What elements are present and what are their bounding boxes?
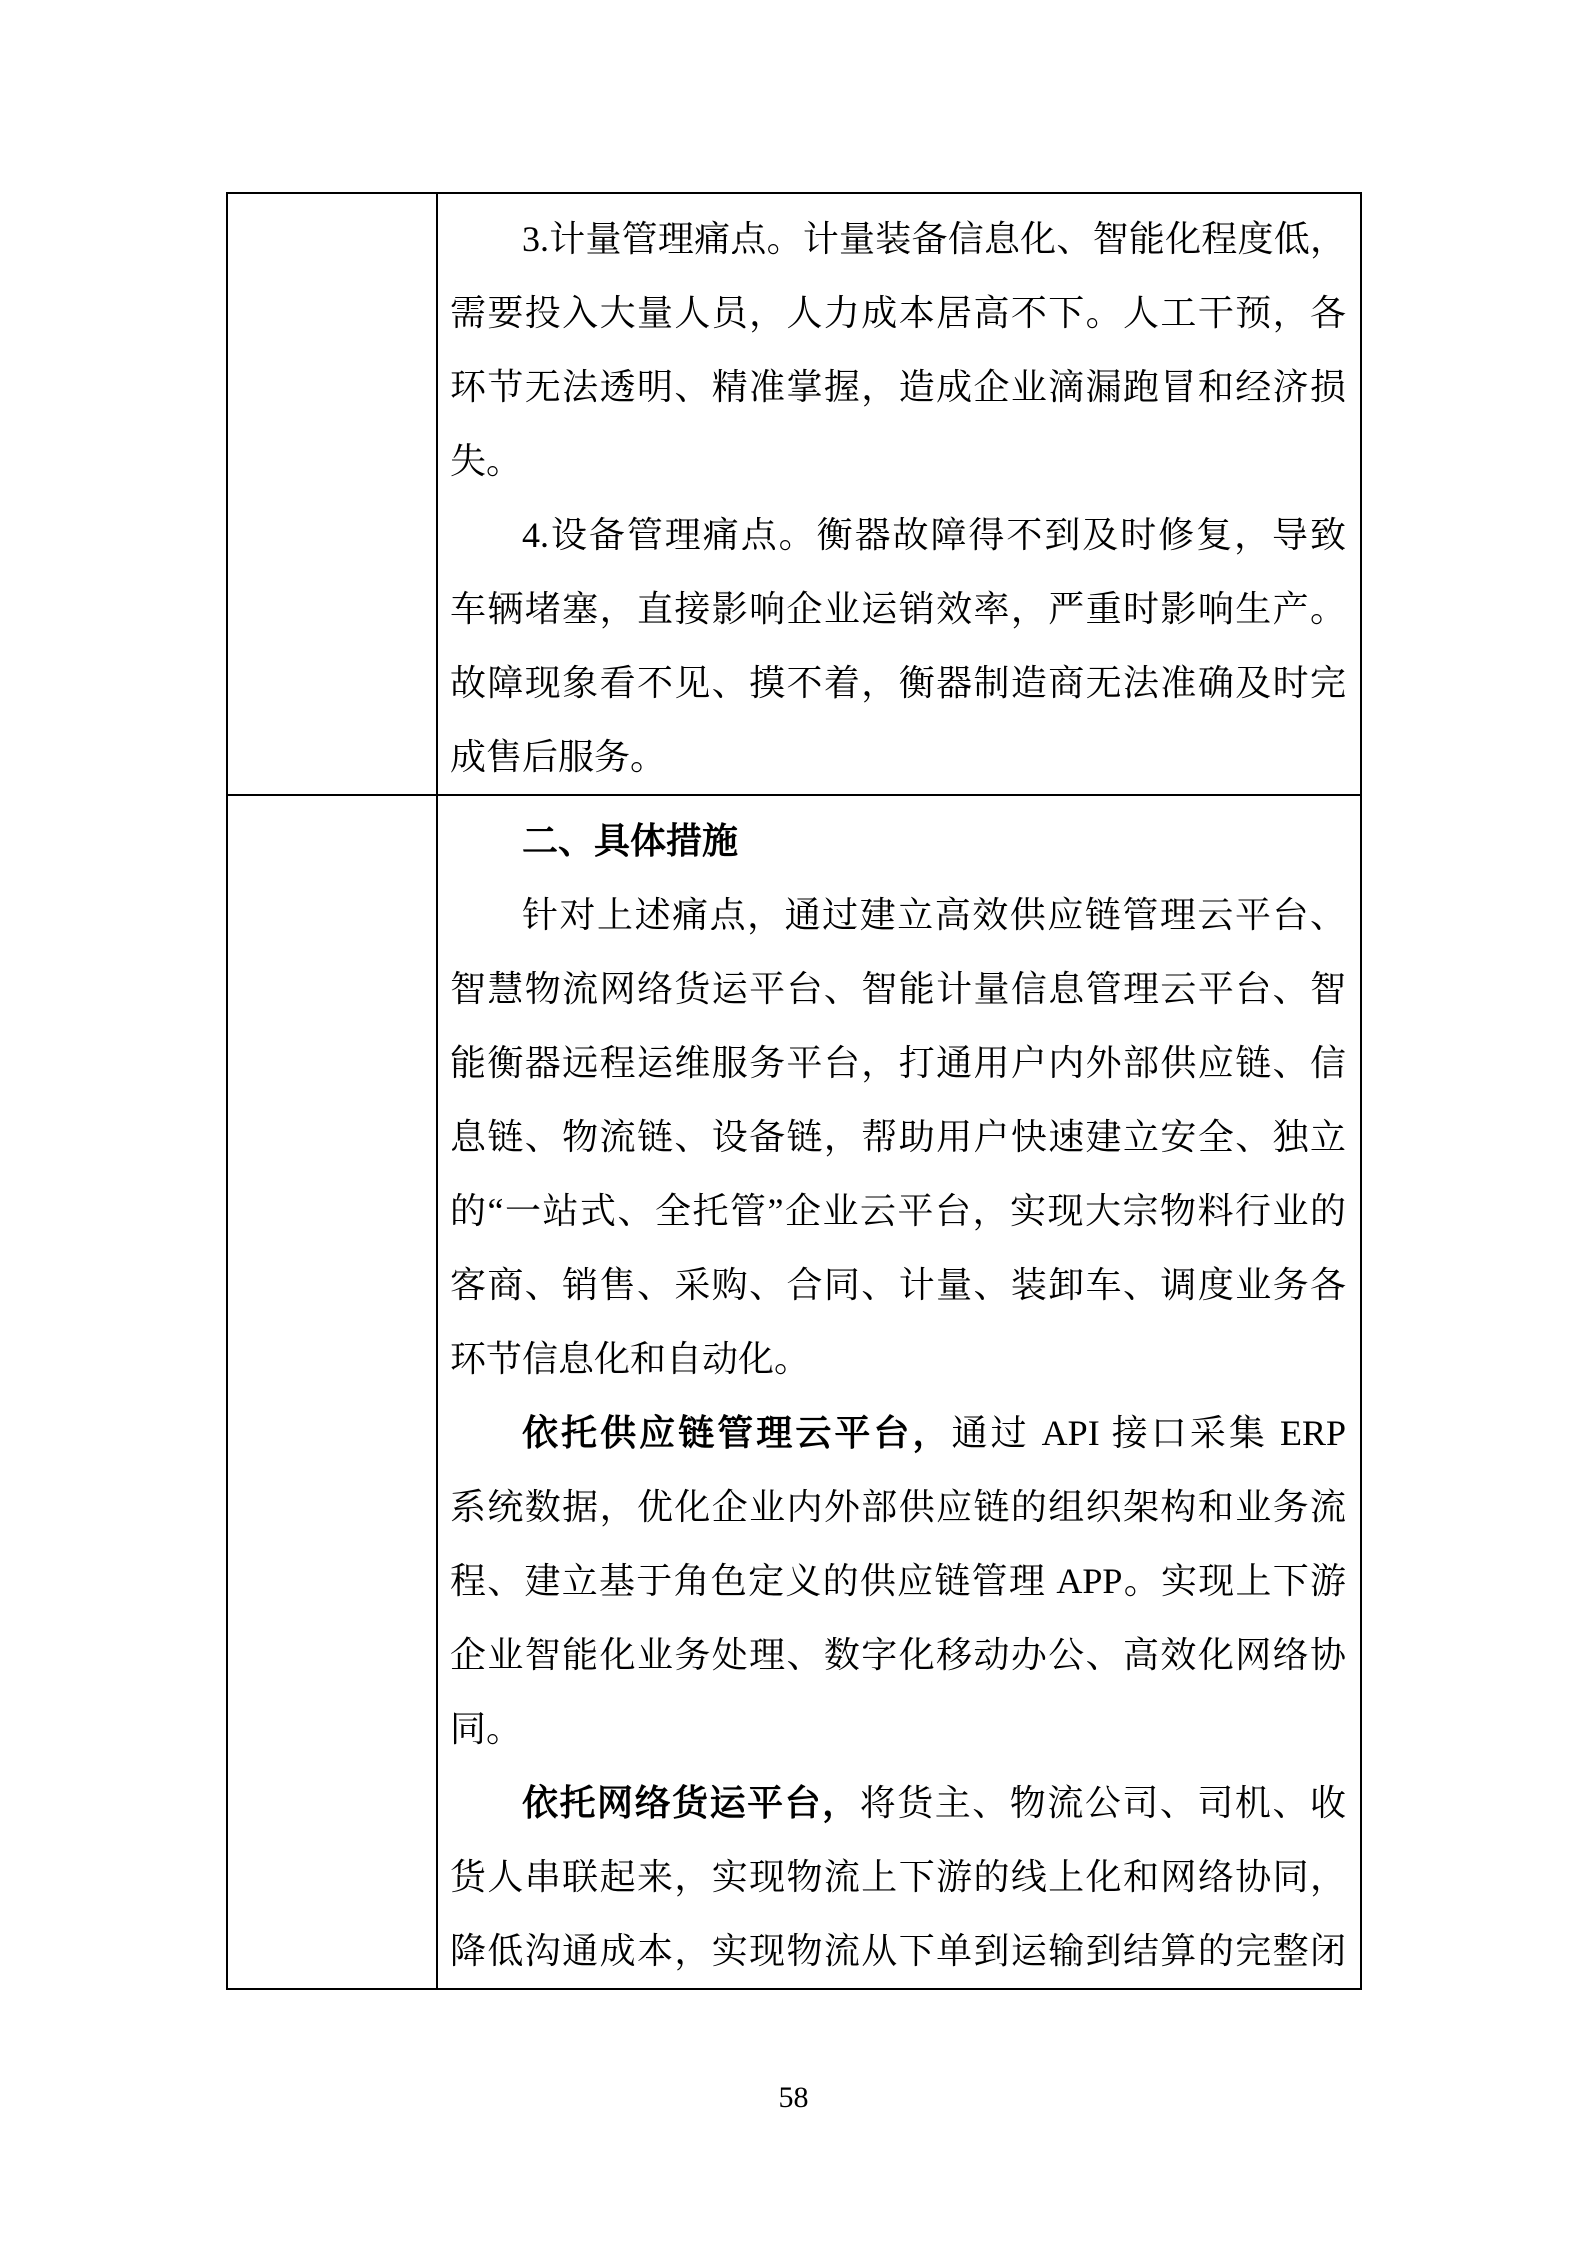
text-line: 二、具体措施: [450, 804, 1346, 878]
table-row: 3.计量管理痛点。计量装备信息化、智能化程度低，需要投入大量人员，人力成本居高不…: [227, 193, 1361, 795]
text-line: 故障现象看不见、摸不着，衡器制造商无法准确及时完: [450, 646, 1346, 720]
paragraph-freight-platform: 依托网络货运平台，将货主、物流公司、司机、收货人串联起来，实现物流上下游的线上化…: [450, 1766, 1346, 1988]
text-line: 的“一站式、全托管”企业云平台，实现大宗物料行业的: [450, 1174, 1346, 1248]
text-segment: 企业智能化业务处理、数字化移动办公、高效化网络协: [450, 1635, 1346, 1675]
text-segment: 同。: [450, 1709, 522, 1749]
content-cell-row2: 二、具体措施 针对上述痛点，通过建立高效供应链管理云平台、智慧物流网络货运平台、…: [437, 795, 1361, 1989]
text-segment: 车辆堵塞，直接影响企业运销效率，严重时影响生产。: [450, 589, 1346, 629]
cell-text-block: 3.计量管理痛点。计量装备信息化、智能化程度低，需要投入大量人员，人力成本居高不…: [438, 194, 1360, 794]
document-table: 3.计量管理痛点。计量装备信息化、智能化程度低，需要投入大量人员，人力成本居高不…: [226, 192, 1362, 1990]
text-segment: 程、建立基于角色定义的供应链管理 APP。实现上下游: [450, 1561, 1346, 1601]
text-segment: 将货主、物流公司、司机、收: [860, 1783, 1346, 1823]
cell-text-block: 二、具体措施 针对上述痛点，通过建立高效供应链管理云平台、智慧物流网络货运平台、…: [438, 796, 1360, 1988]
text-line: 同。: [450, 1692, 1346, 1766]
text-line: 车辆堵塞，直接影响企业运销效率，严重时影响生产。: [450, 572, 1346, 646]
text-segment: 针对上述痛点，通过建立高效供应链管理云平台、: [522, 895, 1346, 935]
text-line: 依托供应链管理云平台，通过 API 接口采集 ERP: [450, 1396, 1346, 1470]
text-line: 息链、物流链、设备链，帮助用户快速建立安全、独立: [450, 1100, 1346, 1174]
text-segment: 息链、物流链、设备链，帮助用户快速建立安全、独立: [450, 1117, 1346, 1157]
text-segment: 失。: [450, 441, 522, 481]
text-segment: 能衡器远程运维服务平台，打通用户内外部供应链、信: [450, 1043, 1346, 1083]
text-segment: 成售后服务。: [450, 737, 666, 777]
table-row: 二、具体措施 针对上述痛点，通过建立高效供应链管理云平台、智慧物流网络货运平台、…: [227, 795, 1361, 1989]
text-segment: 客商、销售、采购、合同、计量、装卸车、调度业务各: [450, 1265, 1346, 1305]
text-line: 环节信息化和自动化。: [450, 1322, 1346, 1396]
text-line: 依托网络货运平台，将货主、物流公司、司机、收: [450, 1766, 1346, 1840]
content-cell-row1: 3.计量管理痛点。计量装备信息化、智能化程度低，需要投入大量人员，人力成本居高不…: [437, 193, 1361, 795]
bold-text-segment: 二、具体措施: [522, 821, 738, 861]
text-segment: 的“一站式、全托管”企业云平台，实现大宗物料行业的: [450, 1191, 1346, 1231]
text-segment: 系统数据，优化企业内外部供应链的组织架构和业务流: [450, 1487, 1346, 1527]
document-page: { "page": { "number": "58", "background"…: [0, 0, 1587, 2245]
text-segment: 通过 API 接口采集 ERP: [952, 1413, 1346, 1453]
text-segment: 货人串联起来，实现物流上下游的线上化和网络协同，: [450, 1857, 1346, 1897]
page-number: 58: [0, 2078, 1587, 2118]
empty-left-cell: [227, 795, 437, 1989]
paragraph-pain-point-3: 3.计量管理痛点。计量装备信息化、智能化程度低，需要投入大量人员，人力成本居高不…: [450, 202, 1346, 498]
text-segment: 降低沟通成本，实现物流从下单到运输到结算的完整闭: [450, 1931, 1346, 1971]
text-segment: 需要投入大量人员，人力成本居高不下。人工干预，各: [450, 293, 1346, 333]
bold-text-segment: 依托供应链管理云平台，: [522, 1413, 952, 1453]
text-line: 能衡器远程运维服务平台，打通用户内外部供应链、信: [450, 1026, 1346, 1100]
text-line: 货人串联起来，实现物流上下游的线上化和网络协同，: [450, 1840, 1346, 1914]
text-line: 环节无法透明、精准掌握，造成企业滴漏跑冒和经济损: [450, 350, 1346, 424]
text-segment: 4.设备管理痛点。衡器故障得不到及时修复，导致: [522, 515, 1346, 555]
paragraph-supply-chain-platform: 依托供应链管理云平台，通过 API 接口采集 ERP系统数据，优化企业内外部供应…: [450, 1396, 1346, 1766]
bold-text-segment: 依托网络货运平台，: [522, 1783, 860, 1823]
text-line: 成售后服务。: [450, 720, 1346, 794]
text-line: 降低沟通成本，实现物流从下单到运输到结算的完整闭: [450, 1914, 1346, 1988]
paragraph-pain-point-4: 4.设备管理痛点。衡器故障得不到及时修复，导致车辆堵塞，直接影响企业运销效率，严…: [450, 498, 1346, 794]
text-line: 系统数据，优化企业内外部供应链的组织架构和业务流: [450, 1470, 1346, 1544]
text-line: 针对上述痛点，通过建立高效供应链管理云平台、: [450, 878, 1346, 952]
text-segment: 环节信息化和自动化。: [450, 1339, 810, 1379]
text-line: 程、建立基于角色定义的供应链管理 APP。实现上下游: [450, 1544, 1346, 1618]
empty-left-cell: [227, 193, 437, 795]
text-segment: 智慧物流网络货运平台、智能计量信息管理云平台、智: [450, 969, 1346, 1009]
text-line: 3.计量管理痛点。计量装备信息化、智能化程度低，: [450, 202, 1346, 276]
text-segment: 3.计量管理痛点。计量装备信息化、智能化程度低，: [522, 219, 1346, 259]
section-heading-measures: 二、具体措施: [450, 804, 1346, 878]
text-line: 智慧物流网络货运平台、智能计量信息管理云平台、智: [450, 952, 1346, 1026]
paragraph-overview: 针对上述痛点，通过建立高效供应链管理云平台、智慧物流网络货运平台、智能计量信息管…: [450, 878, 1346, 1396]
text-line: 需要投入大量人员，人力成本居高不下。人工干预，各: [450, 276, 1346, 350]
text-line: 失。: [450, 424, 1346, 498]
text-line: 4.设备管理痛点。衡器故障得不到及时修复，导致: [450, 498, 1346, 572]
text-line: 客商、销售、采购、合同、计量、装卸车、调度业务各: [450, 1248, 1346, 1322]
text-segment: 环节无法透明、精准掌握，造成企业滴漏跑冒和经济损: [450, 367, 1346, 407]
text-segment: 故障现象看不见、摸不着，衡器制造商无法准确及时完: [450, 663, 1346, 703]
text-line: 企业智能化业务处理、数字化移动办公、高效化网络协: [450, 1618, 1346, 1692]
